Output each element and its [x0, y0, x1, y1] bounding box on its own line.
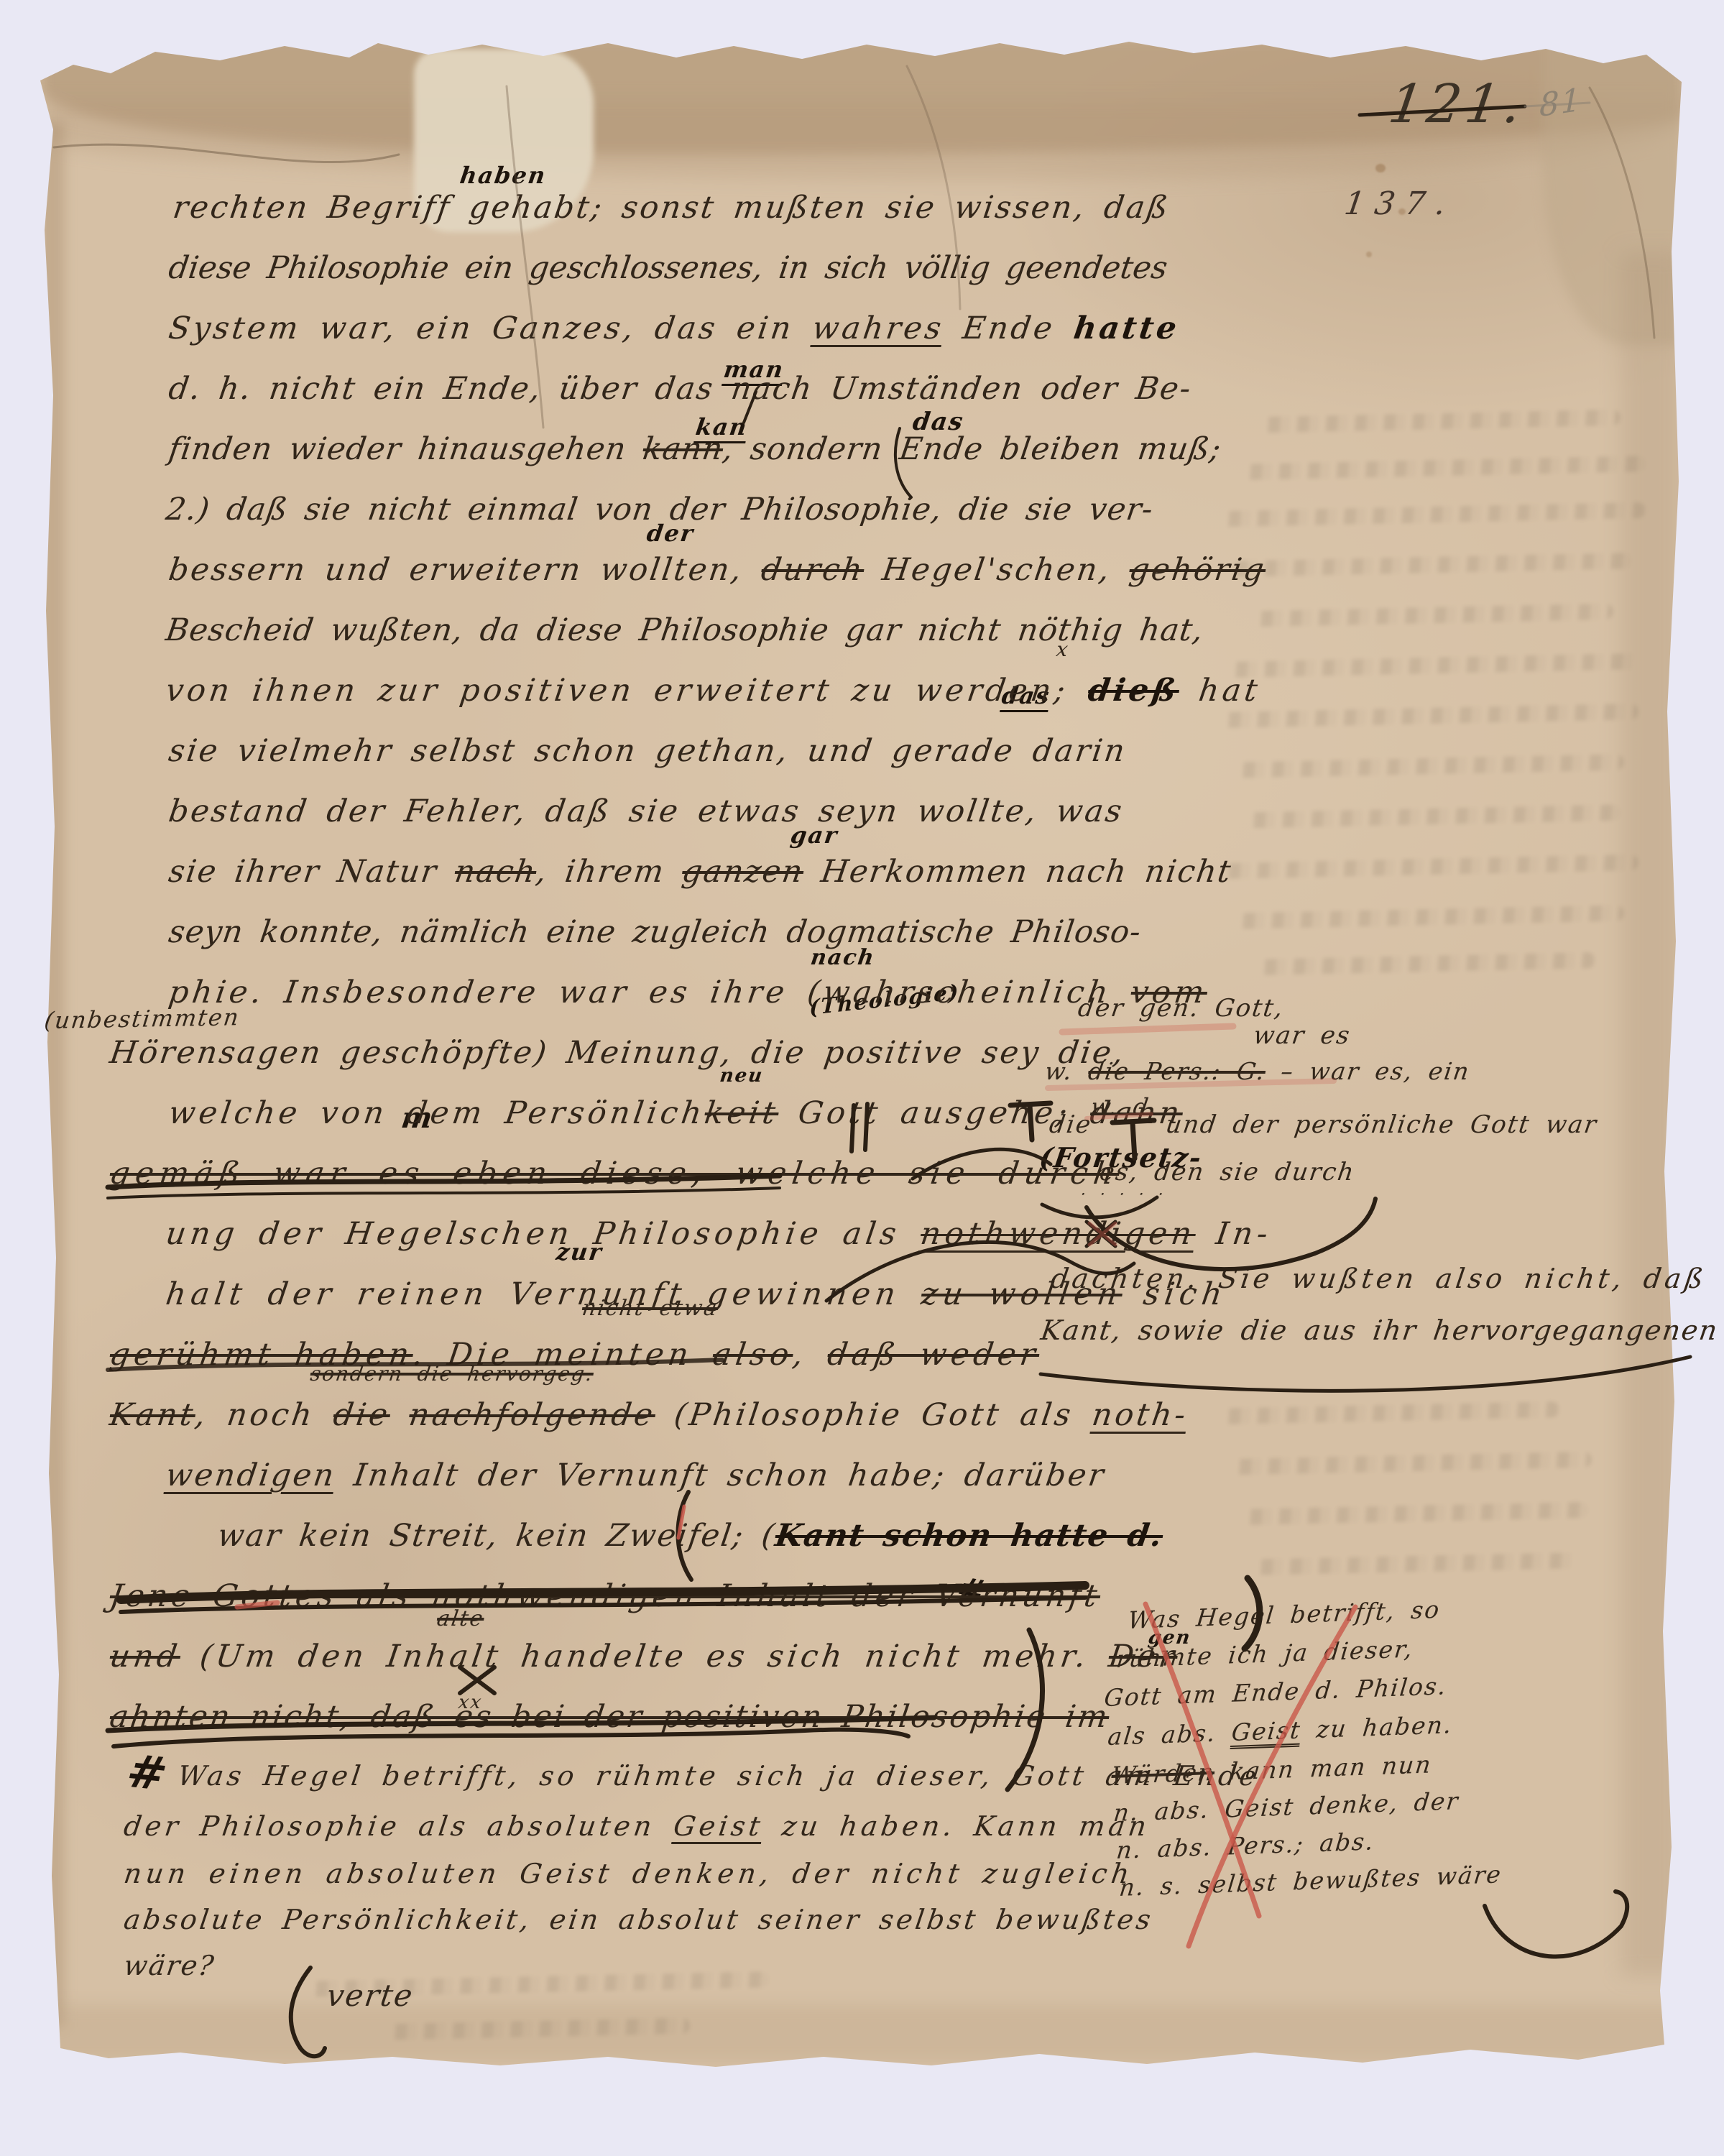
text-segment: bestand der Fehler, daß sie etwas seyn w… — [167, 793, 1126, 829]
text-segment: (unbestimmten — [43, 1003, 241, 1034]
scanner-background: 121.81137.habenmankandasderxdasgarnach(T… — [0, 0, 1724, 2156]
text-segment: zu haben. — [1300, 1710, 1455, 1744]
text-segment: haben — [458, 162, 548, 189]
text-segment: Geist — [671, 1810, 765, 1842]
text-segment: rechten Begriff gehabt; sonst mußten sie… — [171, 190, 1172, 226]
text-segment: absolute Persönlichkeit, ein absolut sei… — [122, 1904, 1156, 1935]
text-segment: der gen. Gott, — [1077, 994, 1286, 1023]
text-segment: wendigen — [164, 1457, 338, 1493]
main-line-03: System war, ein Ganzes, das ein wahres E… — [167, 313, 1181, 344]
text-segment: # — [121, 1744, 175, 1801]
text-segment: Was Hegel betrifft, so rühmte sich ja di… — [176, 1760, 1262, 1792]
text-segment: Gott ausgehe; — [776, 1095, 1093, 1131]
text-segment: 81 — [1539, 81, 1582, 124]
margin-note-left: (unbestimmten — [43, 1005, 241, 1032]
text-segment: 121. — [1385, 73, 1529, 135]
main-line-23: war kein Streit, kein Zweifel; (Kant sch… — [216, 1521, 1165, 1552]
bottom-line-3: nun einen absoluten Geist denken, der ni… — [122, 1860, 1135, 1887]
text-segment: hat — [1176, 673, 1263, 709]
text-segment: und — [108, 1639, 183, 1674]
text-segment: noth- — [1090, 1397, 1191, 1433]
text-segment: hatte — [1071, 310, 1181, 346]
main-line-14: phie. Insbesondere war es ihre (wahrsche… — [167, 977, 1209, 1008]
main-line-21: Kant, noch die nachfolgende (Philosophie… — [108, 1400, 1190, 1431]
text-segment: bessern und erweitern wollten, — [167, 552, 765, 588]
text-segment: Persönlich — [502, 1095, 707, 1131]
crossed-block-line-3: Gott am Ende d. Philos. — [1103, 1674, 1448, 1710]
text-segment: (Philosophie Gott als — [653, 1397, 1094, 1433]
text-segment: , ihrem — [534, 854, 685, 890]
text-segment: wäre? — [122, 1950, 217, 1981]
main-line-18: ung der Hegelschen Philosophie als nothw… — [164, 1219, 1274, 1250]
text-segment: ahnten nicht, daß es bei der positiven P… — [108, 1699, 1112, 1735]
main-line-01: rechten Begriff gehabt; sonst mußten sie… — [171, 193, 1171, 224]
text-segment: d. h. nicht ein Ende, über das nach Umst… — [167, 371, 1194, 407]
text-segment: nothwendigen — [918, 1216, 1198, 1252]
text-segment: n. s. selbst bewußtes wäre — [1118, 1860, 1503, 1902]
text-segment: diese Philosophie ein geschlossenes, in … — [167, 250, 1170, 286]
margin-note-5: dachten. Sie wußten also nicht, daß — [1049, 1265, 1708, 1292]
text-segment: . Die meinten — [410, 1337, 715, 1373]
corner-pencil-number: 81 — [1539, 84, 1582, 122]
margin-note-3b: und der persönliche Gott war — [1164, 1112, 1599, 1137]
margin-note-2: w. die Pers.: G. – war es, ein — [1043, 1059, 1472, 1083]
text-segment: zu haben. Kann man — [761, 1810, 1152, 1842]
text-segment: halt der reinen Vernunft gewinnen — [164, 1276, 924, 1312]
main-line-08: Bescheid wußten, da diese Philosophie ga… — [164, 615, 1205, 646]
text-segment: nun einen absoluten Geist denken, der ni… — [122, 1858, 1136, 1889]
text-segment: der Philosophie als absoluten — [122, 1810, 676, 1842]
text-segment: Gott am Ende d. Philos. — [1103, 1672, 1449, 1712]
text-segment: Inhalt der Vernunft schon habe; darüber — [333, 1457, 1107, 1493]
bottom-line-2: der Philosophie als absoluten Geist zu h… — [122, 1812, 1151, 1840]
bottom-line-4: absolute Persönlichkeit, ein absolut sei… — [122, 1906, 1155, 1933]
text-segment: 137. — [1342, 185, 1458, 222]
main-line-11: bestand der Fehler, daß sie etwas seyn w… — [167, 796, 1125, 827]
text-segment: Ende — [941, 310, 1077, 346]
hash-mark-bottom: # — [122, 1749, 173, 1798]
main-line-26: ahnten nicht, daß es bei der positiven P… — [108, 1702, 1111, 1733]
main-line-06: 2.) daß sie nicht einmal von der Philoso… — [164, 494, 1156, 525]
text-segment: durch — [759, 552, 867, 588]
bottom-line-5: wäre? — [122, 1952, 217, 1979]
verte-note: verte — [325, 1981, 415, 2011]
main-line-13: seyn konnte, nämlich eine zugleich dogma… — [167, 917, 1143, 948]
main-line-05: finden wieder hinausgehen kann, sondern … — [167, 434, 1223, 465]
text-segment: Kant — [108, 1397, 198, 1433]
text-segment: also — [711, 1337, 796, 1373]
text-segment: phie. Insbesondere war es ihre (wahrsche… — [167, 975, 1134, 1010]
main-line-25: und (Um den Inhalt handelte es sich nich… — [108, 1641, 1180, 1672]
crossed-block-line-4: als abs. Geist zu haben. — [1107, 1713, 1454, 1749]
text-segment: handelte es sich nicht — [519, 1639, 965, 1674]
text-segment: ganzen — [680, 854, 806, 890]
main-line-22: wendigen Inhalt der Vernunft schon habe;… — [164, 1460, 1107, 1491]
text-segment: seyn konnte, nämlich eine zugleich dogma… — [167, 914, 1144, 950]
main-line-07: bessern und erweitern wollten, durch Heg… — [167, 555, 1268, 586]
text-segment: (Um den Inhalt — [178, 1639, 524, 1674]
text-segment: Herkommen nach nicht — [801, 854, 1235, 890]
text-segment: gerühmt haben — [108, 1337, 416, 1373]
text-segment: es, den sie durch — [1098, 1158, 1357, 1187]
text-segment: dachten. Sie wußten also nicht, daß — [1049, 1263, 1709, 1294]
text-segment: war kein Streit, kein Zweifel; ( — [216, 1518, 778, 1554]
text-segment: war es — [1252, 1021, 1353, 1050]
text-segment: w. — [1043, 1057, 1091, 1085]
text-segment: , noch — [193, 1397, 336, 1433]
page-number: 137. — [1342, 188, 1457, 220]
text-segment: nachfolgende — [407, 1397, 658, 1433]
scanned-manuscript-screenshot: { "colors":{"background":"#e9e8f4","pape… — [0, 0, 1724, 2156]
text-segment: gemäß war es eben diese, welche sie — [108, 1156, 1002, 1192]
insertion-haben: haben — [458, 164, 548, 187]
bottom-line-1: Was Hegel betrifft, so rühmte sich ja di… — [176, 1762, 1261, 1789]
text-segment: Kant schon hatte d. — [773, 1518, 1166, 1554]
text-segment: Bescheid wußten, da diese Philosophie ga… — [164, 612, 1206, 648]
text-segment: wahres — [810, 310, 946, 346]
margin-note-1a: der gen. Gott, — [1077, 996, 1286, 1021]
text-segment: , sondern — [721, 431, 903, 467]
text-segment: dieß — [1086, 673, 1181, 709]
text-segment: System war, ein Ganzes, das ein — [167, 310, 816, 346]
text-segment: Geist — [1230, 1715, 1303, 1746]
main-line-12: sie ihrer Natur nach, ihrem ganzen Herko… — [167, 857, 1234, 888]
margin-note-3a: die — [1048, 1112, 1094, 1137]
text-segment: verte — [325, 1978, 416, 2013]
text-segment: die — [331, 1397, 393, 1433]
crossed-block-line-6: n. abs. Geist denke, der — [1112, 1789, 1460, 1825]
text-segment: gehörig — [1127, 552, 1268, 588]
text-segment: finden wieder hinausgehen — [167, 431, 646, 467]
insertion-nach: nach — [809, 947, 877, 969]
text-segment: als abs. — [1107, 1718, 1233, 1751]
text-segment: kann — [641, 431, 726, 467]
text-segment: Hörensagen geschöpfte) Meinung, die posi… — [108, 1035, 1128, 1071]
text-segment: – war es, ein — [1263, 1057, 1472, 1085]
main-line-20: gerühmt haben. Die meinten also, daß wed… — [108, 1340, 1041, 1370]
text-segment: sie ihrer Natur — [167, 854, 458, 890]
main-line-24: Jene Gottes als nothwendigen Inhalt der … — [108, 1581, 1102, 1612]
text-segment: daß weder — [825, 1337, 1041, 1373]
text-segment: Kant, sowie die aus ihr hervorgegangenen — [1039, 1314, 1721, 1346]
text-segment: von ihnen zur positiven erweitert zu wer… — [164, 673, 1091, 709]
insertion-das-ende: das — [911, 410, 966, 434]
main-line-04: d. h. nicht ein Ende, über das nach Umst… — [167, 374, 1194, 405]
text-segment: die — [1048, 1110, 1094, 1139]
text-segment: n. abs. Geist denke, der — [1112, 1787, 1461, 1827]
crossed-block-line-8: n. s. selbst bewußtes wäre — [1118, 1862, 1503, 1899]
text-segment: ung der Hegelschen Philosophie als — [164, 1216, 923, 1252]
text-segment: keit — [702, 1095, 781, 1131]
main-line-17: gemäß war es eben diese, welche sie durc… — [108, 1158, 1121, 1189]
text-segment: , — [790, 1337, 830, 1373]
text-segment: 2.) daß sie nicht einmal von der Philoso… — [164, 492, 1156, 528]
crossed-block-line-7: n. abs. Pers.; abs. — [1115, 1829, 1375, 1862]
main-line-10: sie vielmehr selbst schon gethan, und ge… — [167, 736, 1128, 767]
text-segment: sie vielmehr selbst schon gethan, und ge… — [167, 733, 1129, 769]
margin-note-1b: war es — [1252, 1023, 1352, 1048]
text-segment: mehr. — [960, 1639, 1112, 1674]
margin-note-6: Kant, sowie die aus ihr hervorgegangenen — [1039, 1317, 1720, 1344]
text-segment: Jene Gottes als nothwendigen Inhalt der … — [108, 1578, 1103, 1614]
text-segment: nach — [453, 854, 539, 890]
main-line-09: von ihnen zur positiven erweitert zu wer… — [164, 676, 1263, 706]
ink-layer: 121.81137.habenmankandasderxdasgarnach(T… — [0, 0, 1724, 2156]
text-segment: die Pers.: G. — [1087, 1057, 1268, 1085]
text-segment: Hegel'schen, — [862, 552, 1133, 588]
main-line-02: diese Philosophie ein geschlossenes, in … — [167, 253, 1169, 284]
margin-note-4: es, den sie durch — [1098, 1160, 1357, 1184]
text-segment: Ende bleiben muß; — [897, 431, 1223, 467]
text-segment: n. abs. Pers.; abs. — [1115, 1827, 1376, 1864]
main-line-16: welche von dem Persönlichkeit Gott ausge… — [167, 1098, 1185, 1129]
main-line-15: Hörensagen geschöpfte) Meinung, die posi… — [108, 1038, 1128, 1069]
text-segment: welche von dem — [167, 1095, 508, 1131]
text-segment: In- — [1193, 1216, 1274, 1252]
text-segment: und der persönliche Gott war — [1164, 1110, 1600, 1139]
crossed-page-number: 121. — [1386, 78, 1529, 131]
